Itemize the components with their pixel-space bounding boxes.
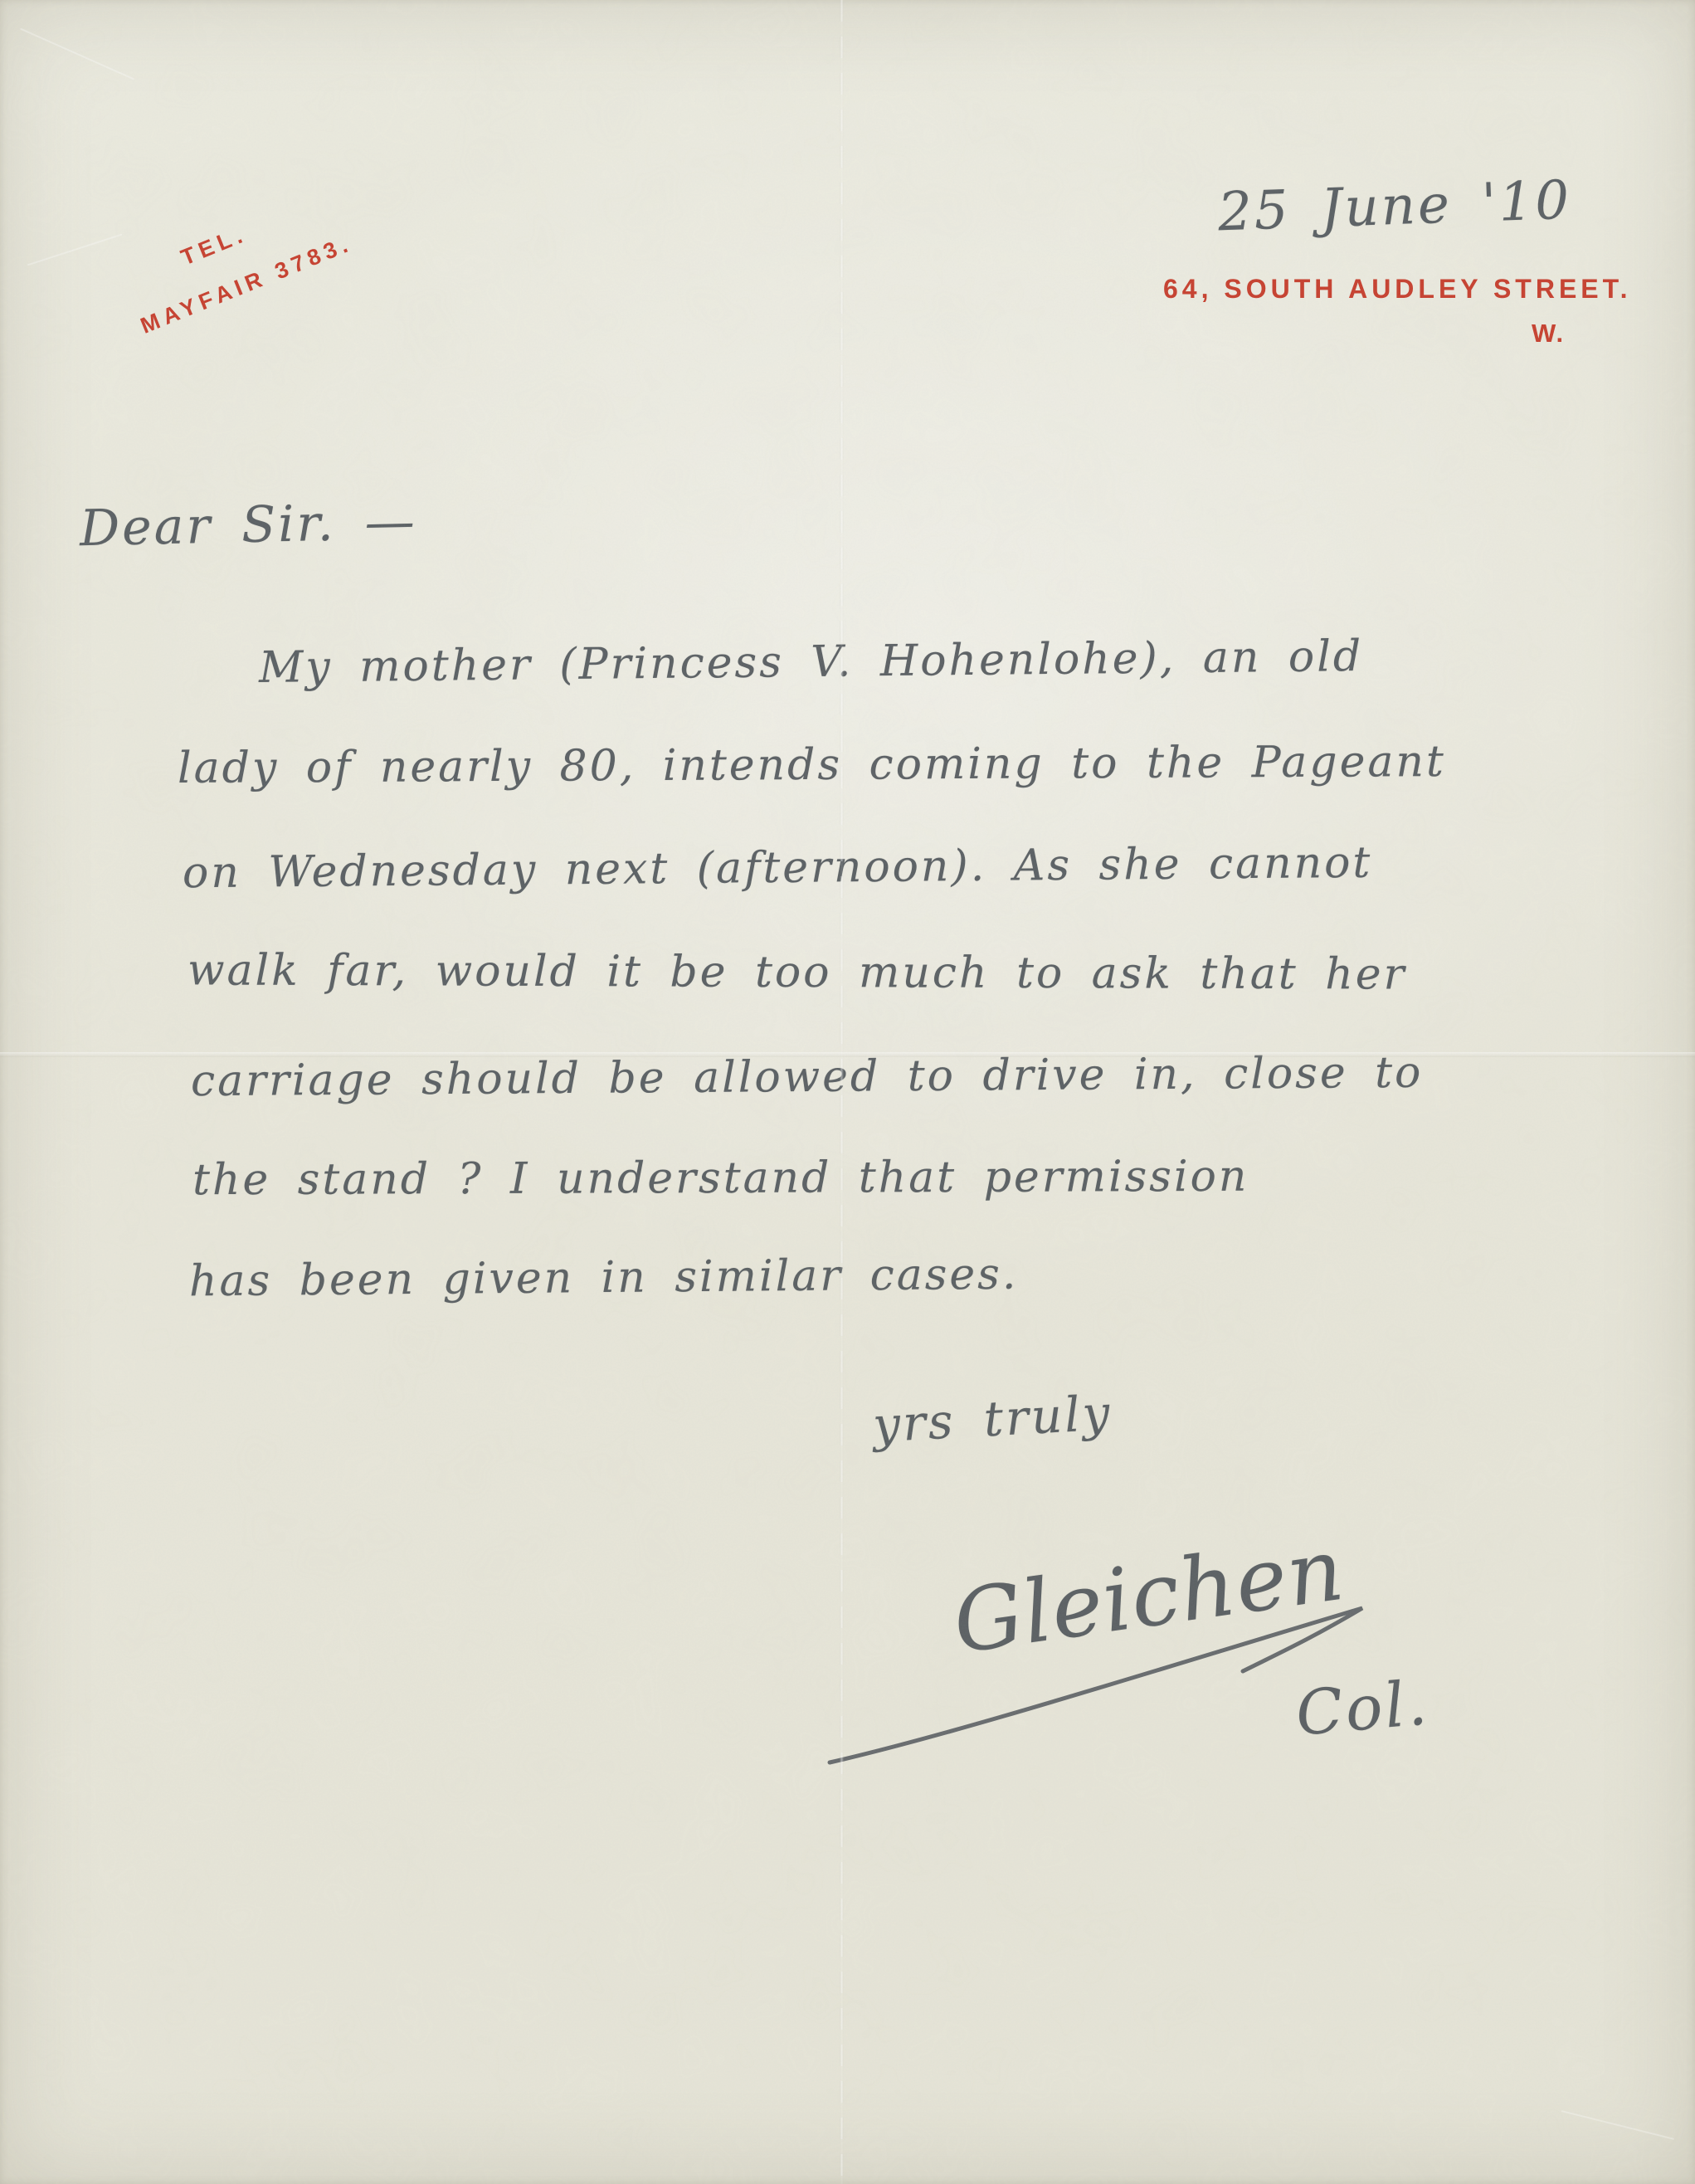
- handwritten-line: has been given in similar cases.: [189, 1250, 1019, 1307]
- signature-rank: Col.: [1293, 1667, 1432, 1750]
- handwritten-line: carriage should be allowed to drive in, …: [191, 1048, 1424, 1106]
- letterhead-district: W.: [1532, 319, 1565, 349]
- salutation: Dear Sir. —: [79, 493, 417, 558]
- handwritten-line: walk far, would it be too much to ask th…: [188, 945, 1407, 999]
- signature: Gleichen: [947, 1519, 1350, 1674]
- closing-valediction: yrs truly: [871, 1384, 1113, 1453]
- letter-date: 25 June '10: [1217, 170, 1572, 244]
- letterhead-address: 64, SOUTH AUDLEY STREET.: [1163, 274, 1632, 305]
- handwritten-line: the stand ? I understand that permission: [192, 1152, 1249, 1205]
- handwritten-line: lady of nearly 80, intends coming to the…: [178, 737, 1446, 793]
- letterhead-telephone: TEL. MAYFAIR 3783.: [114, 175, 360, 349]
- handwritten-line: on Wednesday next (afternoon). As she ca…: [183, 838, 1373, 899]
- handwritten-line: My mother (Princess V. Hohenlohe), an ol…: [259, 631, 1364, 693]
- letter-sheet: TEL. MAYFAIR 3783. 64, SOUTH AUDLEY STRE…: [0, 0, 1695, 2184]
